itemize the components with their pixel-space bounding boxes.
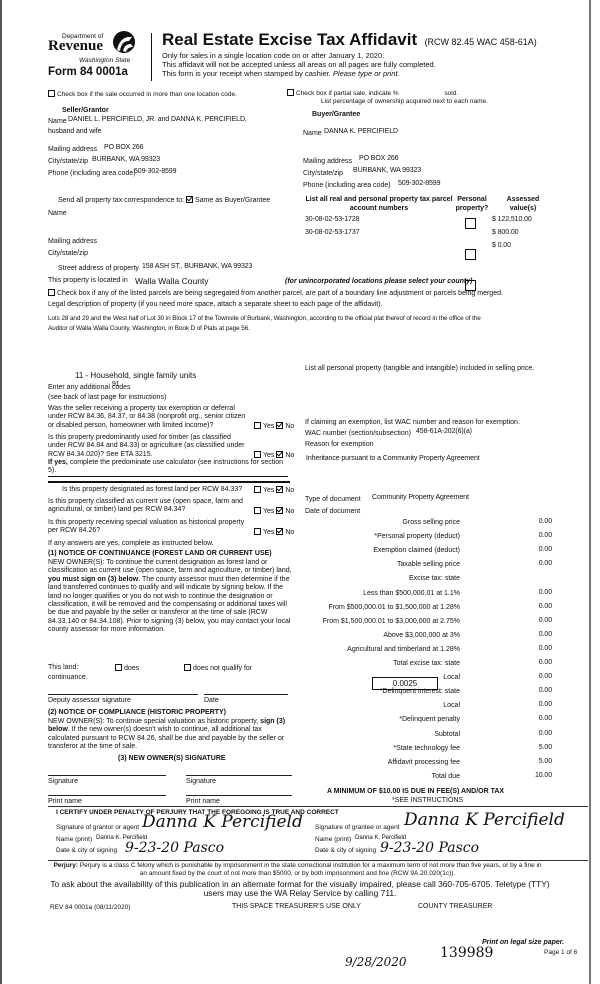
q4-yes-checkbox[interactable] <box>254 507 261 514</box>
header-note-2: This affidavit will not be accepted unle… <box>162 60 436 69</box>
agency-name: Revenue <box>48 38 103 55</box>
tax-row-value[interactable]: 0.00 <box>520 560 552 567</box>
personal-property-label: List all personal property (tangible and… <box>305 364 555 373</box>
q2-answer: Yes No <box>254 451 294 459</box>
buyer-name-field[interactable]: DANNA K. PERCIFIELD <box>324 128 398 135</box>
tax-row-value[interactable]: 5.00 <box>520 758 552 765</box>
form-title-row: Real Estate Excise Tax Affidavit (RCW 82… <box>162 30 537 50</box>
legal-description-line2[interactable]: Auditor of Walla Walla County, Washingto… <box>48 325 250 332</box>
notice3-heading: (3) NEW OWNER(S) SIGNATURE <box>118 755 226 762</box>
tax-row-value[interactable]: 0.00 <box>520 687 552 694</box>
owner-print-name-2[interactable]: Print name <box>186 798 220 805</box>
tax-row-label: Exemption claimed (deduct) <box>300 547 460 554</box>
scan-edge-right <box>589 0 591 984</box>
not-qualifies-checkbox[interactable]: does not qualify for <box>184 664 252 672</box>
seller-city-field[interactable]: BURBANK, WA 99323 <box>92 156 160 163</box>
predominate-use-note: If yes, complete the predominate use cal… <box>48 459 288 477</box>
agency-state: Washington State <box>79 57 130 64</box>
seller-name-field[interactable]: DANIEL L. PERCIFIELD, JR. and DANNA K. P… <box>68 116 247 123</box>
continuance-label: continuance. <box>48 674 88 681</box>
assessor-date-line <box>204 694 288 695</box>
tax-row-label: Total due <box>300 773 460 780</box>
question-timber: Is this property predominantly used for … <box>48 434 248 459</box>
tax-row-value[interactable]: 0.00 <box>520 617 552 624</box>
correspondence-row: Send all property tax correspondence to:… <box>58 196 270 204</box>
parcel-row: 30-08-02-53-1728$ 122,510.00 <box>0 0 600 18</box>
form-title: Real Estate Excise Tax Affidavit <box>162 30 417 49</box>
buyer-heading: Buyer/Grantee <box>312 111 360 118</box>
notice1-heading: (1) NOTICE OF CONTINUANCE (FOREST LAND O… <box>48 550 272 557</box>
q1-yes-checkbox[interactable] <box>254 422 261 429</box>
assessor-signature-line <box>48 694 198 695</box>
grantor-date-label: Date & city of signing <box>56 847 117 854</box>
q4-no-checkbox[interactable] <box>276 507 283 514</box>
tax-row-value[interactable]: 0.00 <box>520 518 552 525</box>
buyer-city-field[interactable]: BURBANK, WA 99323 <box>353 167 421 174</box>
grantee-signature-label: Signature of grantee or agent <box>315 824 400 831</box>
owner-signature-1[interactable]: Signature <box>48 778 78 785</box>
wac-label: WAC number (section/subsection) <box>305 430 411 437</box>
grantor-date-field[interactable]: 9-23-20 Pasco <box>125 840 224 856</box>
multi-location-checkbox[interactable]: Check box if the sale occurred in more t… <box>48 90 237 98</box>
seller-name-label: Name <box>48 118 67 125</box>
handwritten-number: 139989 <box>440 945 493 961</box>
tax-row-value[interactable]: 0.00 <box>520 673 552 680</box>
notice2-text: NEW OWNER(S): To continue special valuat… <box>48 718 294 752</box>
buyer-phone-field[interactable]: 509-302-8599 <box>398 180 440 187</box>
ownership-note: List percentage of ownership acquired ne… <box>321 98 488 105</box>
owner-print-name-1[interactable]: Print name <box>48 798 82 805</box>
seller-phone-label: Phone (including area code) <box>48 170 136 177</box>
land-label: This land: <box>48 664 78 671</box>
seller-mailing-label: Mailing address <box>48 146 97 153</box>
checkbox-icon[interactable] <box>184 664 191 671</box>
tax-row-label: Gross selling price <box>300 519 460 526</box>
tax-row-label: Less than $500,000.01 at 1.1% <box>300 590 460 597</box>
q3-yes-checkbox[interactable] <box>254 486 261 493</box>
question-historical: Is this property receiving special valua… <box>48 519 248 536</box>
parcel-header-personal: Personal property? <box>452 195 492 213</box>
assessed-value-field[interactable]: $ 0.00 <box>492 242 511 249</box>
tax-row-value[interactable]: 0.00 <box>520 589 552 596</box>
owner-signature-line-2 <box>186 775 292 776</box>
checkbox-icon[interactable] <box>48 289 55 296</box>
doc-type-label: Type of document <box>305 496 361 503</box>
see-instructions-note: *SEE INSTRUCTIONS <box>392 797 463 804</box>
grantee-date-label: Date & city of signing <box>315 847 376 854</box>
buyer-mailing-field[interactable]: PO BOX 266 <box>359 155 398 162</box>
question-forest: Is this property designated as forest la… <box>62 486 242 493</box>
tax-row-value[interactable]: 0.00 <box>520 631 552 638</box>
segregated-checkbox[interactable]: Check box if any of the listed parcels a… <box>48 289 503 297</box>
parcel-header-assessed: Assessed value(s) <box>497 195 549 213</box>
exemption-intro: If claiming an exemption, list WAC numbe… <box>305 419 520 426</box>
q3-answer: Yes No <box>254 486 294 494</box>
tax-row-value[interactable]: 0.00 <box>520 730 552 737</box>
wac-field[interactable]: 458-61A-202(6)(a) <box>416 428 472 435</box>
instructions-note: (see back of last page for instructions) <box>48 394 166 401</box>
tax-row-value[interactable]: 5.00 <box>520 744 552 751</box>
header-divider <box>151 33 152 81</box>
parcel-header-number: List all real and personal property tax … <box>305 195 453 213</box>
located-label: This property is located in <box>48 277 128 284</box>
seller-name-field-line2[interactable]: husband and wife <box>48 128 101 135</box>
if-yes-note: If any answers are yes, complete as inst… <box>48 540 214 547</box>
grantor-name-label: Name (print) <box>56 836 92 843</box>
tax-row-label: *State technology fee <box>300 745 460 752</box>
tax-row-value[interactable]: 0.00 <box>520 701 552 708</box>
tax-row-label: Above $3,000,000 at 3% <box>300 632 460 639</box>
footer-divider <box>48 860 588 861</box>
notice2-heading: (2) NOTICE OF COMPLIANCE (HISTORIC PROPE… <box>48 709 226 716</box>
q5-answer: Yes No <box>254 528 294 536</box>
accessibility-note: To ask about the availability of this pu… <box>50 880 550 898</box>
tax-row-label: From $1,500,000.01 to $3,000,000 at 2.75… <box>300 618 460 625</box>
scan-edge-left <box>0 0 2 984</box>
doc-type-field[interactable]: Community Property Agreement <box>372 494 469 501</box>
use-code-select[interactable]: 11 - Household, single family units <box>75 371 196 380</box>
buyer-mailing-label: Mailing address <box>303 158 352 165</box>
reason-label: Reason for exemption <box>305 441 373 448</box>
revision-label: REV 84 0001a (08/11/2020) <box>50 904 130 911</box>
checkbox-icon[interactable] <box>115 664 122 671</box>
tax-row-label: From $500,000.01 to $1,500,000 at 1.28% <box>300 604 460 611</box>
form-number: Form 84 0001a <box>48 66 128 78</box>
question-current-use: Is this property classified as current u… <box>48 498 248 515</box>
minimum-due-note: A MINIMUM OF $10.00 IS DUE IN FEE(S) AND… <box>327 788 504 795</box>
tax-row-label: Affidavit processing fee <box>300 759 460 766</box>
tax-row-value[interactable]: 0.00 <box>520 603 552 610</box>
tax-row-label: *Personal property (deduct) <box>300 533 460 540</box>
additional-codes-field[interactable]: 91 <box>112 381 120 388</box>
parcel-number-field[interactable]: 30-08-02-53-1737 <box>305 229 359 236</box>
personal-property-checkbox[interactable] <box>465 218 476 229</box>
street-label: Street address of property <box>58 265 139 272</box>
legal-paper-note: Print on legal size paper. <box>482 939 564 946</box>
tax-row-value[interactable]: 0.00 <box>520 532 552 539</box>
county-select[interactable]: Walla Walla County <box>135 276 209 286</box>
grantee-date-field[interactable]: 9-23-20 Pasco <box>380 840 479 856</box>
local-rate-field[interactable]: 0.0025 <box>372 677 438 690</box>
personal-property-checkbox[interactable] <box>465 249 476 260</box>
q2-no-checkbox[interactable] <box>276 451 283 458</box>
q2-yes-checkbox[interactable] <box>254 451 261 458</box>
print-name-line-2 <box>186 795 292 796</box>
handwritten-date: 9/28/2020 <box>345 955 407 969</box>
correspondence-mailing-label: Mailing address <box>48 238 97 245</box>
unincorporated-note: (for unincorporated locations please sel… <box>285 278 472 285</box>
street-field[interactable]: 158 ASH ST., BURBANK, WA 99323 <box>142 263 252 270</box>
checkbox-icon[interactable] <box>48 90 55 97</box>
tax-row-label: Excise tax: state <box>300 575 460 582</box>
tax-row-value[interactable]: 0.00 <box>520 645 552 652</box>
correspondence-city-label: City/state/zip <box>48 250 88 257</box>
tax-row-label: Local <box>300 702 460 709</box>
section-divider <box>48 481 290 483</box>
legal-description-line1[interactable]: Lots 28 and 29 and the West half of Lot … <box>48 315 481 322</box>
q4-answer: Yes No <box>254 507 294 515</box>
tax-row-value[interactable]: 0.00 <box>520 715 552 722</box>
dor-logo-icon <box>112 30 136 54</box>
same-as-buyer-checkbox[interactable] <box>186 196 193 203</box>
partial-sale-checkbox[interactable]: Check box if partial sale, indicate % so… <box>287 89 458 97</box>
seller-city-label: City/state/zip <box>48 158 88 165</box>
grantee-name-label: Name (print) <box>315 836 351 843</box>
seller-heading: Seller/Grantor <box>62 107 109 114</box>
owner-signature-2[interactable]: Signature <box>186 778 216 785</box>
owner-signature-line-1 <box>48 775 166 776</box>
tax-row-value[interactable]: 0.00 <box>520 546 552 553</box>
treasurer-use-label: THIS SPACE TREASURER'S USE ONLY <box>232 903 361 910</box>
tax-row-label: Subtotal <box>300 731 460 738</box>
buyer-city-label: City/state/zip <box>303 170 343 177</box>
grantor-signature-field[interactable]: Danna K Percifield <box>142 812 303 832</box>
buyer-name-label: Name <box>303 130 322 137</box>
tax-row-label: Agricultural and timberland at 1.28% <box>300 646 460 653</box>
assessor-date-field[interactable]: Date <box>204 697 219 704</box>
assessed-value-field[interactable]: $ 122,510.00 <box>492 216 532 223</box>
print-name-line-1 <box>48 795 166 796</box>
tax-row-label: *Delinquent penalty <box>300 716 460 723</box>
correspondence-name-label: Name <box>48 210 67 217</box>
q5-yes-checkbox[interactable] <box>254 528 261 535</box>
tax-row-value[interactable]: 10.00 <box>520 772 552 779</box>
assessed-value-field[interactable]: $ 800.00 <box>492 229 518 236</box>
qualifies-checkbox[interactable]: does <box>115 664 139 672</box>
seller-mailing-field[interactable]: PO BOX 266 <box>104 144 143 151</box>
page-number: Page 1 of 6 <box>544 949 577 956</box>
seller-phone-field[interactable]: 509-302-8599 <box>134 168 176 175</box>
tax-row-label: Total excise tax: state <box>300 660 460 667</box>
doc-date-label: Date of document <box>305 508 360 515</box>
grantor-signature-label: Signature of grantor or agent <box>56 824 139 831</box>
tax-row-value[interactable]: 0.00 <box>520 659 552 666</box>
checkbox-icon[interactable] <box>287 89 294 96</box>
buyer-phone-label: Phone (including area code) <box>303 182 391 189</box>
tax-row-label: Taxable selling price <box>300 561 460 568</box>
q1-answer: Yes No <box>254 422 294 430</box>
q5-no-checkbox[interactable] <box>276 528 283 535</box>
county-treasurer-label: COUNTY TREASURER <box>418 903 492 910</box>
question-exemption: Was the seller receiving a property tax … <box>48 405 248 430</box>
grantee-signature-field[interactable]: Danna K Percifield <box>404 810 565 830</box>
parcel-number-field[interactable]: 30-08-02-53-1728 <box>305 216 359 223</box>
q3-no-checkbox[interactable] <box>276 486 283 493</box>
form-title-ref: (RCW 82.45 WAC 458-61A) <box>425 37 537 47</box>
certify-divider <box>48 806 588 807</box>
header-note-1: Only for sales in a single location code… <box>162 51 384 60</box>
notice1-text: NEW OWNER(S): To continue the current de… <box>48 559 294 635</box>
q1-no-checkbox[interactable] <box>276 422 283 429</box>
header-note-3: This form is your receipt when stamped b… <box>162 69 400 78</box>
assessor-signature-field[interactable]: Deputy assessor signature <box>48 697 131 704</box>
legal-label: Legal description of property (if you ne… <box>48 301 383 308</box>
reason-field[interactable]: Inheritance pursuant to a Community Prop… <box>306 455 480 462</box>
perjury-note: Perjury: Perjury is a class C felony whi… <box>50 862 545 877</box>
